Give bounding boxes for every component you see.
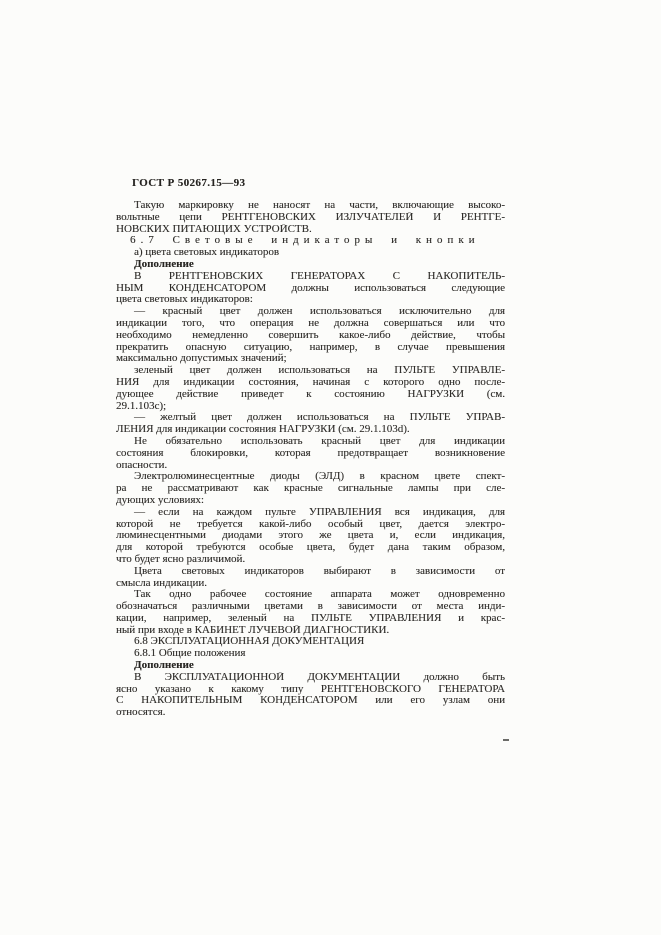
text-line: Электролюминесцентные диоды (ЭЛД) в крас… [116, 471, 505, 483]
text-line: дующее действие приведет к состоянию НАГ… [116, 389, 505, 401]
scanned-document-page: ГОСТ Р 50267.15—93 Такую маркировку не н… [0, 0, 661, 935]
label-dopolnenie-1: Дополнение [116, 259, 505, 271]
text-line: С НАКОПИТЕЛЬНЫМ КОНДЕНСАТОРОМ или его уз… [116, 695, 505, 707]
para-not-required-red: Не обязательно использовать красный цвет… [116, 436, 505, 471]
text-line: относятся. [116, 707, 505, 719]
text-line: прекратить опасную ситуацию, например, в… [116, 342, 505, 354]
text-line: зеленый цвет должен использоваться на ПУ… [116, 365, 505, 377]
standard-number-header: ГОСТ Р 50267.15—93 [132, 177, 245, 189]
text-line: 29.1.103c); [116, 401, 505, 413]
text-line: Цвета световых индикаторов выбирают в за… [116, 566, 505, 578]
heading-6-7: 6.7 Световые индикаторы и кнопки [116, 235, 505, 247]
heading-6-8-1: 6.8.1 Общие положения [116, 648, 505, 660]
text-line: В РЕНТГЕНОВСКИХ ГЕНЕРАТОРАХ С НАКОПИТЕЛЬ… [116, 271, 505, 283]
para-generators-colors: В РЕНТГЕНОВСКИХ ГЕНЕРАТОРАХ С НАКОПИТЕЛЬ… [116, 271, 505, 306]
heading-6-8: 6.8 ЭКСПЛУАТАЦИОННАЯ ДОКУМЕНТАЦИЯ [116, 636, 505, 648]
text-line: Не обязательно использовать красный цвет… [116, 436, 505, 448]
text-line: ЛЕНИЯ для индикации состояния НАГРУЗКИ (… [116, 424, 505, 436]
text-line: опасности. [116, 460, 505, 472]
text-line: индикации того, что операция не должна с… [116, 318, 505, 330]
text-line: — желтый цвет должен использоваться на П… [116, 412, 505, 424]
text-line: цвета световых индикаторов: [116, 294, 505, 306]
item-eld-condition: — если на каждом пульте УПРАВЛЕНИЯ вся и… [116, 507, 505, 566]
item-green-color: зеленый цвет должен использоваться на ПУ… [116, 365, 505, 412]
text-line: НОВСКИХ ПИТАЮЩИХ УСТРОЙСТВ. [116, 224, 505, 236]
para-color-choice: Цвета световых индикаторов выбирают в за… [116, 566, 505, 590]
text-line: состояния блокировки, которая предотвращ… [116, 448, 505, 460]
scan-artifact-dash [503, 739, 509, 741]
text-line: НЫМ КОНДЕНСАТОРОМ должны использоваться … [116, 283, 505, 295]
text-line: максимально допустимых значений; [116, 353, 505, 365]
text-line: а) цвета световых индикаторов [116, 247, 505, 259]
para-same-state: Так одно рабочее состояние аппарата може… [116, 589, 505, 636]
text-line: что будет ясно различимой. [116, 554, 505, 566]
text-line: В ЭКСПЛУАТАЦИОННОЙ ДОКУМЕНТАЦИИ должно б… [116, 672, 505, 684]
text-line: обозначаться различными цветами в зависи… [116, 601, 505, 613]
item-yellow-color: — желтый цвет должен использоваться на П… [116, 412, 505, 436]
text-line: 6.8 ЭКСПЛУАТАЦИОННАЯ ДОКУМЕНТАЦИЯ [116, 636, 505, 648]
text-line: 6.8.1 Общие положения [116, 648, 505, 660]
text-line: ясно указано к какому типу РЕНТГЕНОВСКОГ… [116, 684, 505, 696]
text-line: кации, например, зеленый на ПУЛЬТЕ УПРАВ… [116, 613, 505, 625]
text-line: НИЯ для индикации состояния, начиная с к… [116, 377, 505, 389]
text-line: 6.7 Световые индикаторы и кнопки [116, 235, 505, 247]
item-a-color-indicators: а) цвета световых индикаторов [116, 247, 505, 259]
text-line: которой не требуется какой-либо особый ц… [116, 519, 505, 531]
text-line: Так одно рабочее состояние аппарата може… [116, 589, 505, 601]
label-dopolnenie-2: Дополнение [116, 660, 505, 672]
text-line: смысла индикации. [116, 578, 505, 590]
para-marking-note: Такую маркировку не наносят на части, вк… [116, 200, 505, 235]
text-line: — если на каждом пульте УПРАВЛЕНИЯ вся и… [116, 507, 505, 519]
para-documentation: В ЭКСПЛУАТАЦИОННОЙ ДОКУМЕНТАЦИИ должно б… [116, 672, 505, 719]
text-line: вольтные цепи РЕНТГЕНОВСКИХ ИЗЛУЧАТЕЛЕЙ … [116, 212, 505, 224]
para-eld-diodes: Электролюминесцентные диоды (ЭЛД) в крас… [116, 471, 505, 506]
text-line: для которой требуются особые цвета, буде… [116, 542, 505, 554]
text-line: необходимо немедленно совершить какое-ли… [116, 330, 505, 342]
text-line: дующих условиях: [116, 495, 505, 507]
text-line: ра не рассматривают как красные сигнальн… [116, 483, 505, 495]
text-line: — красный цвет должен использоваться иск… [116, 306, 505, 318]
item-red-color: — красный цвет должен использоваться иск… [116, 306, 505, 365]
text-body: Такую маркировку не наносят на части, вк… [116, 200, 505, 719]
text-line: Дополнение [116, 259, 505, 271]
text-line: Дополнение [116, 660, 505, 672]
text-line: люминесцентными диодами этого же цвета и… [116, 530, 505, 542]
text-line: Такую маркировку не наносят на части, вк… [116, 200, 505, 212]
text-line: ный при входе в КАБИНЕТ ЛУЧЕВОЙ ДИАГНОСТ… [116, 625, 505, 637]
